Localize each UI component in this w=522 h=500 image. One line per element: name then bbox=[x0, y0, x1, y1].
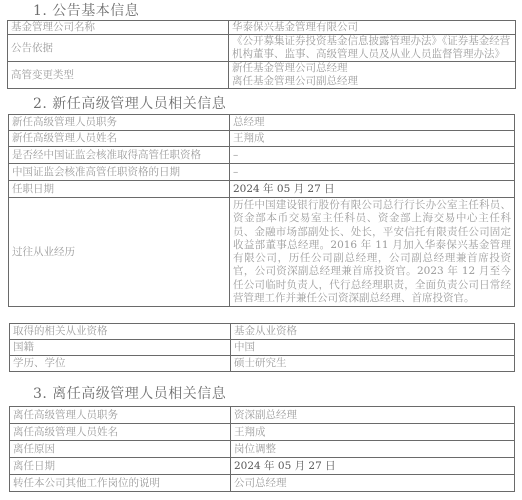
table-row: 国籍 中国 bbox=[10, 340, 515, 356]
table-row: 新任高级管理人员姓名 王翔成 bbox=[9, 131, 515, 147]
change-type-line: 新任基金管理公司总经理 bbox=[232, 62, 512, 75]
table-row: 取得的相关从业资格 基金从业资格 bbox=[10, 324, 515, 340]
section-1-title: 1. 公告基本信息 bbox=[33, 3, 139, 20]
work-history-label: 过往从业经历 bbox=[9, 198, 230, 307]
announcement-basic-info-table: 基金管理公司名称 华泰保兴基金管理有限公司 公告依据 《公开募集证券投资基金信息… bbox=[7, 20, 516, 89]
fund-company-name-value: 华泰保兴基金管理有限公司 bbox=[229, 21, 516, 35]
departure-date-value: 2024 年 05 月 27 日 bbox=[231, 458, 515, 475]
announcement-basis-label: 公告依据 bbox=[8, 35, 229, 62]
csrc-approval-label: 是否经中国证监会核准取得高管任职资格 bbox=[9, 147, 230, 164]
appointment-date-value: 2024 年 05 月 27 日 bbox=[230, 181, 515, 198]
departure-date-label: 离任日期 bbox=[10, 458, 231, 475]
table-row: 离任高级管理人员姓名 王翔成 bbox=[10, 424, 515, 441]
change-type-value: 新任基金管理公司总经理 离任基金管理公司副总经理 bbox=[229, 62, 516, 89]
appointment-date-label: 任职日期 bbox=[9, 181, 230, 198]
table-row: 中国证监会核准高管任职资格的日期 – bbox=[9, 164, 515, 181]
change-type-line: 离任基金管理公司副总经理 bbox=[232, 75, 512, 88]
table-row: 离任原因 岗位调整 bbox=[10, 441, 515, 458]
section-2-title: 2. 新任高级管理人员相关信息 bbox=[33, 96, 226, 113]
new-executive-extra-table: 取得的相关从业资格 基金从业资格 国籍 中国 学历、学位 硕士研究生 bbox=[9, 323, 515, 372]
departing-name-value: 王翔成 bbox=[231, 424, 515, 441]
qualification-value: 基金从业资格 bbox=[231, 324, 515, 340]
table-row: 是否经中国证监会核准取得高管任职资格 – bbox=[9, 147, 515, 164]
qualification-label: 取得的相关从业资格 bbox=[10, 324, 231, 340]
work-history-value: 历任中国建设银行股份有限公司总行行长办公室主任科员、资金部本币交易室主任科员、资… bbox=[230, 198, 515, 307]
fund-company-name-label: 基金管理公司名称 bbox=[8, 21, 229, 35]
new-name-value: 王翔成 bbox=[230, 131, 515, 147]
table-row: 公告依据 《公开募集证券投资基金信息披露管理办法》《证券基金经营机构董事、监事、… bbox=[8, 35, 516, 62]
education-value: 硕士研究生 bbox=[231, 356, 515, 372]
new-position-label: 新任高级管理人员职务 bbox=[9, 115, 230, 131]
csrc-approval-date-label: 中国证监会核准高管任职资格的日期 bbox=[9, 164, 230, 181]
section-3-title: 3. 离任高级管理人员相关信息 bbox=[33, 386, 226, 403]
table-row: 学历、学位 硕士研究生 bbox=[10, 356, 515, 372]
table-row: 离任高级管理人员职务 资深副总经理 bbox=[10, 407, 515, 424]
table-row: 任职日期 2024 年 05 月 27 日 bbox=[9, 181, 515, 198]
csrc-approval-value: – bbox=[230, 147, 515, 164]
nationality-label: 国籍 bbox=[10, 340, 231, 356]
departure-reason-value: 岗位调整 bbox=[231, 441, 515, 458]
departing-position-value: 资深副总经理 bbox=[231, 407, 515, 424]
table-row: 转任本公司其他工作岗位的说明 公司总经理 bbox=[10, 475, 515, 492]
departing-executive-info-table: 离任高级管理人员职务 资深副总经理 离任高级管理人员姓名 王翔成 离任原因 岗位… bbox=[9, 406, 515, 492]
transfer-note-value: 公司总经理 bbox=[231, 475, 515, 492]
departing-name-label: 离任高级管理人员姓名 bbox=[10, 424, 231, 441]
transfer-note-label: 转任本公司其他工作岗位的说明 bbox=[10, 475, 231, 492]
nationality-value: 中国 bbox=[231, 340, 515, 356]
table-row: 过往从业经历 历任中国建设银行股份有限公司总行行长办公室主任科员、资金部本币交易… bbox=[9, 198, 515, 307]
change-type-label: 高管变更类型 bbox=[8, 62, 229, 89]
education-label: 学历、学位 bbox=[10, 356, 231, 372]
table-row: 基金管理公司名称 华泰保兴基金管理有限公司 bbox=[8, 21, 516, 35]
table-row: 高管变更类型 新任基金管理公司总经理 离任基金管理公司副总经理 bbox=[8, 62, 516, 89]
new-position-value: 总经理 bbox=[230, 115, 515, 131]
new-executive-info-table: 新任高级管理人员职务 总经理 新任高级管理人员姓名 王翔成 是否经中国证监会核准… bbox=[8, 114, 515, 307]
new-name-label: 新任高级管理人员姓名 bbox=[9, 131, 230, 147]
csrc-approval-date-value: – bbox=[230, 164, 515, 181]
table-row: 离任日期 2024 年 05 月 27 日 bbox=[10, 458, 515, 475]
departing-position-label: 离任高级管理人员职务 bbox=[10, 407, 231, 424]
announcement-basis-value: 《公开募集证券投资基金信息披露管理办法》《证券基金经营机构董事、监事、高级管理人… bbox=[229, 35, 516, 62]
table-row: 新任高级管理人员职务 总经理 bbox=[9, 115, 515, 131]
departure-reason-label: 离任原因 bbox=[10, 441, 231, 458]
